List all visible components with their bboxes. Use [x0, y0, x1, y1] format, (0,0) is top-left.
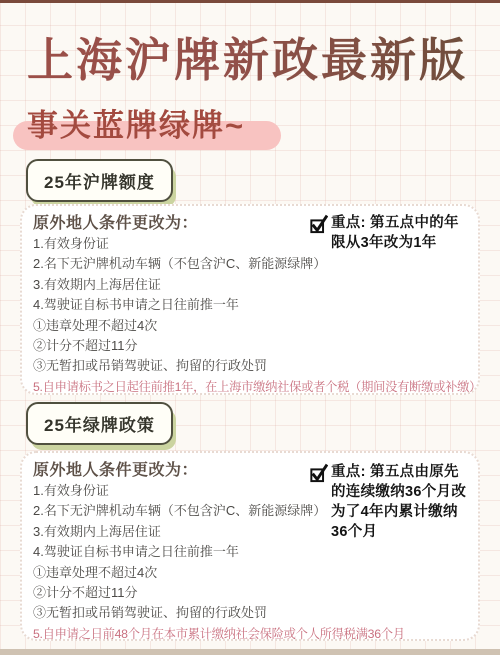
- bottom-edge-line: [0, 649, 500, 655]
- list-item: 4.驾驶证自标书申请之日往前推一年: [33, 542, 466, 562]
- note-line: 重点: 第五点中的年: [331, 213, 459, 233]
- infographic-page: 上海沪牌新政最新版 事关蓝牌绿牌~ 25年沪牌额度 原外地人条件更改为： 1.有…: [0, 0, 500, 655]
- list-item: ①违章处理不超过4次: [33, 563, 466, 583]
- checkbox-check-icon: [310, 463, 328, 488]
- key-note: 重点: 第五点由原先 的连续缴纳36个月改 为了4年内累计缴纳 36个月: [310, 462, 466, 542]
- note-line: 重点: 第五点由原先: [331, 462, 466, 482]
- page-subtitle: 事关蓝牌绿牌~: [27, 100, 245, 145]
- section-badge-green-plate: 25年绿牌政策: [26, 402, 173, 445]
- note-line: 36个月: [331, 522, 466, 542]
- note-text: 重点: 第五点中的年 限从3年改为1年: [331, 213, 459, 253]
- content-card-hupai: 原外地人条件更改为： 1.有效身份证 2.名下无沪牌机动车辆（不包含沪C、新能源…: [20, 204, 480, 395]
- list-item: 3.有效期内上海居住证: [33, 275, 466, 295]
- highlight-list-item: 5.自申请之日前48个月在本市累计缴纳社会保险或个人所得税满36个月: [33, 624, 466, 645]
- list-item: ③无暂扣或吊销驾驶证、拘留的行政处罚: [33, 356, 466, 376]
- list-item: 2.名下无沪牌机动车辆（不包含沪C、新能源绿牌）: [33, 254, 466, 274]
- key-note: 重点: 第五点中的年 限从3年改为1年: [310, 213, 459, 253]
- subtitle-block: 事关蓝牌绿牌~: [27, 100, 245, 145]
- content-card-green: 原外地人条件更改为： 1.有效身份证 2.名下无沪牌机动车辆（不包含沪C、新能源…: [20, 451, 480, 641]
- list-item: ①违章处理不超过4次: [33, 316, 466, 336]
- checkbox-check-icon: [310, 214, 328, 239]
- top-edge-line: [0, 0, 500, 3]
- list-item: ②计分不超过11分: [33, 336, 466, 356]
- section-badge-hupai-quota: 25年沪牌额度: [26, 159, 173, 202]
- page-title: 上海沪牌新政最新版: [27, 34, 468, 87]
- highlight-list-item: 5.自申请标书之日起往前推1年，在上海市缴纳社保或者个税（期间没有断缴或补缴）: [33, 377, 466, 398]
- note-line: 的连续缴纳36个月改: [331, 482, 466, 502]
- note-line: 限从3年改为1年: [331, 233, 459, 253]
- list-item: ②计分不超过11分: [33, 583, 466, 603]
- list-item: 4.驾驶证自标书申请之日往前推一年: [33, 295, 466, 315]
- note-text: 重点: 第五点由原先 的连续缴纳36个月改 为了4年内累计缴纳 36个月: [331, 462, 466, 542]
- note-line: 为了4年内累计缴纳: [331, 502, 466, 522]
- list-item: ③无暂扣或吊销驾驶证、拘留的行政处罚: [33, 603, 466, 623]
